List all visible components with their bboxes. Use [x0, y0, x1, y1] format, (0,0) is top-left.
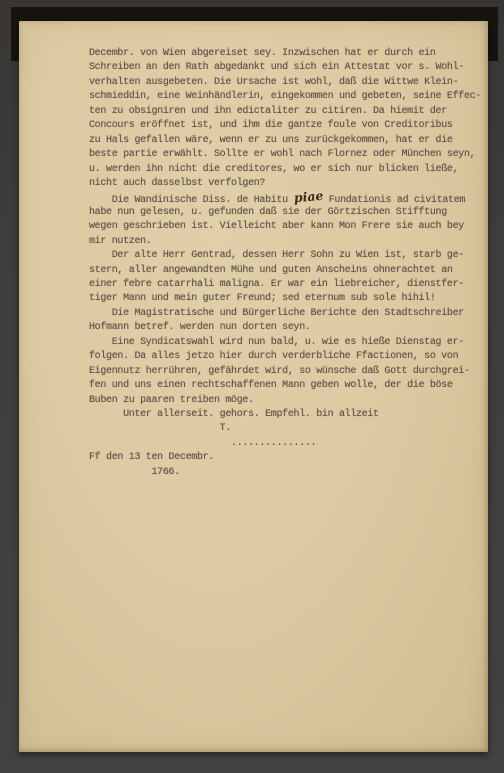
letter-line: nicht auch dasselbst verfolgen?: [89, 177, 488, 191]
letter-line: beste partie erwählt. Sollte er wohl nac…: [89, 148, 488, 162]
letter-line: Die Wandinische Diss. de Habitu piae Fun…: [89, 191, 488, 205]
letter-line: Ff den 13 ten Decembr.: [89, 451, 488, 465]
scanned-letter-photo: { "scene": { "backdrop_color": "#3e3d3b"…: [0, 0, 504, 773]
letter-line: Der alte Herr Gentrad, dessen Herr Sohn …: [89, 249, 488, 263]
letter-line: fen und uns einen rechtschaffenen Mann g…: [89, 379, 488, 393]
letter-line: mir nutzen.: [89, 235, 488, 249]
handwritten-word: piae: [293, 189, 324, 206]
letter-line: T.: [89, 422, 488, 436]
letter-line: Buben zu paaren treiben möge.: [89, 394, 488, 408]
letter-line: wegen geschrieben ist. Vielleicht aber k…: [89, 220, 488, 234]
letter-line: zu Hals gefallen wäre, wenn er zu uns zu…: [89, 134, 488, 148]
letter-line: tiger Mann und mein guter Freund; sed et…: [89, 292, 488, 306]
typed-text: Fundationis ad civitatem: [323, 195, 465, 206]
letter-line: Eigennutz herrühren, gefährdet wird, so …: [89, 365, 488, 379]
letter-body: Decembr. von Wien abgereiset sey. Inzwis…: [19, 21, 488, 480]
letter-line: Concours eröffnet ist, und ihm die gantz…: [89, 119, 488, 133]
letter-line: Die Magistratische und Bürgerliche Beric…: [89, 307, 488, 321]
letter-line: Unter allerseit. gehors. Empfehl. bin al…: [89, 408, 488, 422]
letter-line: 1766.: [89, 466, 488, 480]
letter-line: einer febre catarrhali maligna. Er war e…: [89, 278, 488, 292]
letter-line: ten zu obsigniren und ihn edictaliter zu…: [89, 105, 488, 119]
letter-line: folgen. Da alles jetzo hier durch verder…: [89, 350, 488, 364]
letter-line: verhalten ausgebeten. Die Ursache ist wo…: [89, 76, 488, 90]
letter-line: u. werden ihn nicht die creditores, wo e…: [89, 163, 488, 177]
letter-line: Decembr. von Wien abgereiset sey. Inzwis…: [89, 47, 488, 61]
letter-line: Schreiben an den Rath abgedankt und sich…: [89, 61, 488, 75]
letter-page: Decembr. von Wien abgereiset sey. Inzwis…: [19, 21, 488, 752]
letter-line: ...............: [89, 437, 488, 451]
letter-line: Hofmann betref. werden nun dorten seyn.: [89, 321, 488, 335]
letter-line: habe nun gelesen, u. gefunden daß sie de…: [89, 206, 488, 220]
typed-text: Die Wandinische Diss. de Habitu: [89, 195, 294, 206]
letter-line: schmieddin, eine Weinhändlerin, eingekom…: [89, 90, 488, 104]
letter-line: Eine Syndicatswahl wird nun bald, u. wie…: [89, 336, 488, 350]
letter-line: stern, aller angewandten Mühe und guten …: [89, 264, 488, 278]
